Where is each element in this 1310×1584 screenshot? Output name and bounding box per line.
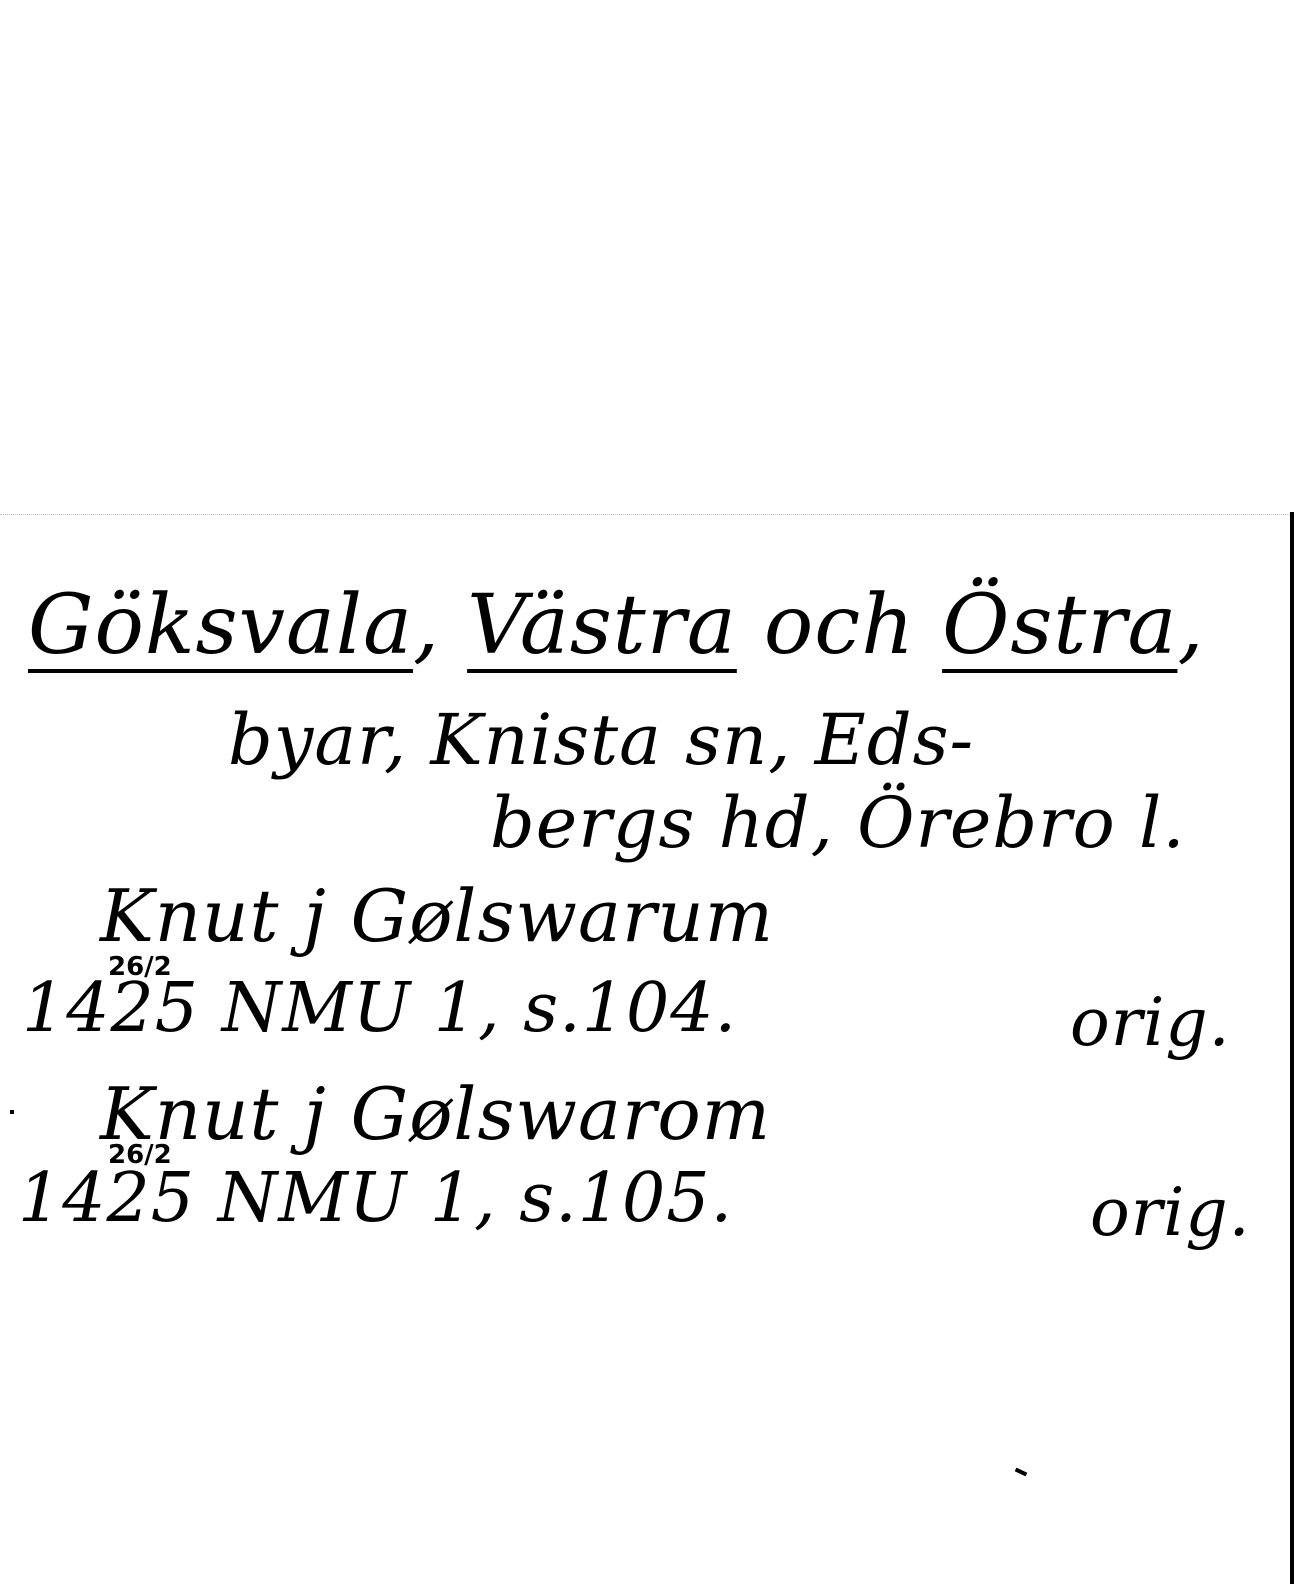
card-top-edge [0, 514, 1292, 516]
archive-card: Göksvala, Västra och Östra, byar, Knista… [0, 0, 1310, 1584]
entry-1-name-form: Knut j Gølswarum [100, 880, 774, 952]
heading-conjunction: och [764, 578, 915, 673]
entry-1-source: NMU 1, s.104. [222, 969, 737, 1048]
entry-2-name-form: Knut j Gølswarom [100, 1078, 771, 1150]
heading-separator-2: , [1177, 578, 1204, 673]
entry-2-source: NMU 1, s.105. [218, 1159, 733, 1238]
scan-speck [1015, 1468, 1028, 1477]
scan-speck [10, 1110, 14, 1114]
entry-2-reference: 1425 NMU 1, s.105. [18, 1165, 733, 1233]
location-line-2: bergs hd, Örebro l. [490, 788, 1186, 858]
card-heading: Göksvala, Västra och Östra, [28, 585, 1205, 667]
entry-2-year: 1425 [18, 1159, 195, 1238]
card-right-edge [1290, 512, 1294, 1584]
entry-1-reference: 1425 NMU 1, s.104. [22, 975, 737, 1043]
place-part-west: Västra [467, 578, 737, 673]
place-part-east: Östra [942, 578, 1177, 673]
location-line-1: byar, Knista sn, Eds- [228, 705, 974, 775]
entry-1-status: orig. [1070, 990, 1231, 1056]
place-name: Göksvala [28, 578, 413, 673]
entry-2-status: orig. [1090, 1180, 1251, 1246]
entry-1-year: 1425 [22, 969, 199, 1048]
heading-separator: , [413, 578, 440, 673]
